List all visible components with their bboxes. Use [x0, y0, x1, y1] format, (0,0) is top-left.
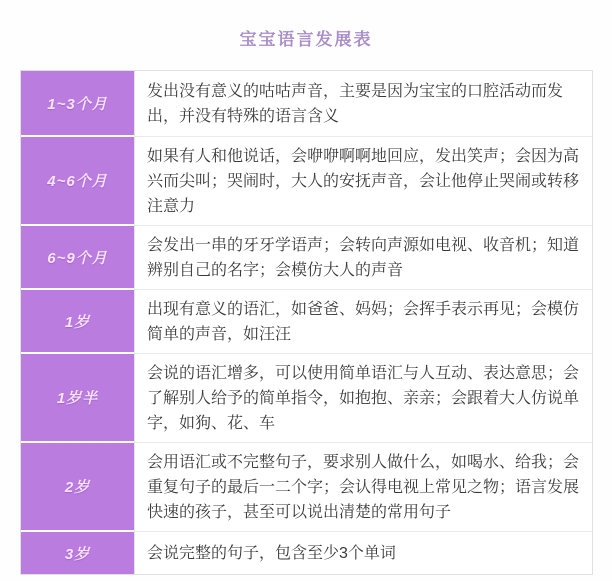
age-cell: 1~3个月 — [21, 71, 134, 137]
age-cell: 3岁 — [21, 532, 134, 574]
description-cell: 会发出一串的牙牙学语声；会转向声源如电视、收音机；知道辨别自己的名字；会模仿大人… — [134, 226, 592, 290]
page-title: 宝宝语言发展表 — [0, 25, 612, 50]
table-row: 4~6个月 如果有人和他说话，会咿咿啊啊地回应，发出笑声；会因为高兴而尖叫；哭闹… — [21, 137, 592, 226]
description-cell: 会用语汇或不完整句子，要求别人做什么，如喝水、给我；会重复句子的最后一二个字；会… — [134, 443, 592, 532]
age-cell: 6~9个月 — [21, 226, 134, 290]
table-row: 6~9个月 会发出一串的牙牙学语声；会转向声源如电视、收音机；知道辨别自己的名字… — [21, 226, 592, 290]
age-cell: 1岁 — [21, 290, 134, 354]
age-cell: 2岁 — [21, 443, 134, 532]
description-cell: 会说完整的句子，包含至少3个单词 — [134, 532, 592, 574]
page: 宝宝语言发展表 1~3个月 发出没有意义的咕咕声音，主要是因为宝宝的口腔活动而发… — [0, 0, 612, 581]
table-row: 1岁 出现有意义的语汇，如爸爸、妈妈；会挥手表示再见；会模仿简单的声音，如汪汪 — [21, 290, 592, 354]
table-row: 1~3个月 发出没有意义的咕咕声音，主要是因为宝宝的口腔活动而发出，并没有特殊的… — [21, 71, 592, 137]
development-table: 1~3个月 发出没有意义的咕咕声音，主要是因为宝宝的口腔活动而发出，并没有特殊的… — [20, 70, 593, 575]
age-cell: 1岁半 — [21, 354, 134, 443]
description-cell: 如果有人和他说话，会咿咿啊啊地回应，发出笑声；会因为高兴而尖叫；哭闹时，大人的安… — [134, 137, 592, 226]
table-row: 2岁 会用语汇或不完整句子，要求别人做什么，如喝水、给我；会重复句子的最后一二个… — [21, 443, 592, 532]
description-cell: 出现有意义的语汇，如爸爸、妈妈；会挥手表示再见；会模仿简单的声音，如汪汪 — [134, 290, 592, 354]
table-row: 3岁 会说完整的句子，包含至少3个单词 — [21, 532, 592, 574]
table-row: 1岁半 会说的语汇增多，可以使用简单语汇与人互动、表达意思；会了解别人给予的简单… — [21, 354, 592, 443]
age-cell: 4~6个月 — [21, 137, 134, 226]
description-cell: 发出没有意义的咕咕声音，主要是因为宝宝的口腔活动而发出，并没有特殊的语言含义 — [134, 71, 592, 137]
description-cell: 会说的语汇增多，可以使用简单语汇与人互动、表达意思；会了解别人给予的简单指令，如… — [134, 354, 592, 443]
